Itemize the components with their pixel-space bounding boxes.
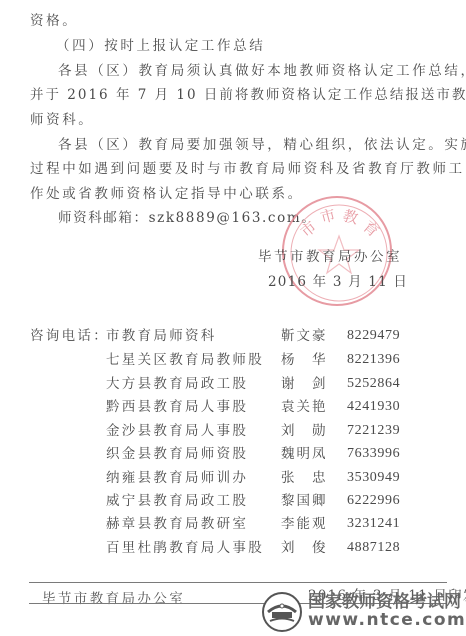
footer-office: 毕节市教育局办公室 [42, 590, 185, 608]
body-line-1: 资格。 [30, 12, 78, 30]
watermark-url: www.ntce.com [308, 610, 466, 630]
signature-office: 毕节市教育局办公室 [258, 248, 402, 266]
body-line-4: 并于 2016 年 7 月 10 日前将教师资格认定工作总结报送市教育局 [30, 86, 466, 104]
contact-name: 刘 俊 [281, 539, 328, 557]
contact-row: 威宁县教育局政工股 黎国卿 6222996 [0, 492, 466, 510]
contact-row: 大方县教育局政工股 谢 剑 5252864 [0, 375, 466, 393]
contact-row: 黔西县教育局人事股 袁关艳 4241930 [0, 398, 466, 416]
contact-dept: 市教育局师资科 [106, 327, 217, 345]
contact-phone: 5252864 [347, 375, 400, 393]
contact-name: 黎国卿 [281, 492, 328, 510]
signature-date: 2016 年 3 月 11 日 [268, 273, 408, 291]
contact-phone: 7633996 [347, 445, 400, 463]
contact-dept: 织金县教育局师资股 [106, 445, 248, 463]
contact-dept: 威宁县教育局政工股 [106, 492, 248, 510]
contact-phone: 3231241 [347, 515, 400, 533]
body-line-8: 作处或省教师资格认定指导中心联系。 [30, 185, 304, 203]
contact-phone: 6222996 [347, 492, 400, 510]
contact-name: 袁关艳 [281, 398, 328, 416]
section-heading: （四）按时上报认定工作总结 [56, 37, 265, 55]
email-line: 师资科邮箱：szk8889@163.com。 [58, 209, 316, 227]
contact-dept: 金沙县教育局人事股 [106, 422, 248, 440]
contact-name: 杨 华 [281, 351, 328, 369]
svg-text:育: 育 [359, 217, 382, 240]
body-line-3: 各县（区）教育局须认真做好本地教师资格认定工作总结， [58, 62, 466, 80]
body-line-6: 各县（区）教育局要加强领导，精心组织，依法认定。实施 [58, 136, 466, 154]
svg-text:教: 教 [341, 206, 360, 227]
contact-row: 赫章县教育局教研室 李能观 3231241 [0, 515, 466, 533]
body-line-7: 过程中如遇到问题要及时与市教育局师资科及省教育厅教师工 [30, 160, 465, 178]
contact-phone: 8221396 [347, 351, 400, 369]
body-line-5: 师资科。 [30, 111, 94, 129]
contact-row: 咨询电话： 市教育局师资科 靳文豪 8229479 [0, 327, 466, 345]
contact-phone: 8229479 [347, 327, 400, 345]
contact-dept: 纳雍县教育局师训办 [106, 469, 248, 487]
contact-name: 刘 勋 [281, 422, 328, 440]
contact-row: 织金县教育局师资股 魏明凤 7633996 [0, 445, 466, 463]
contact-dept: 赫章县教育局教研室 [106, 515, 248, 533]
contact-phone: 4241930 [347, 398, 400, 416]
contact-dept: 黔西县教育局人事股 [106, 398, 248, 416]
contact-name: 李能观 [281, 515, 328, 533]
contact-dept: 百里杜鹃教育局人事股 [106, 539, 264, 557]
contact-name: 谢 剑 [281, 375, 328, 393]
contact-phone: 7221239 [347, 422, 400, 440]
contact-dept: 七星关区教育局教师股 [106, 351, 264, 369]
svg-text:市: 市 [297, 218, 320, 241]
contact-row: 金沙县教育局人事股 刘 勋 7221239 [0, 422, 466, 440]
contact-label: 咨询电话： [30, 327, 109, 345]
watermark-title: 国家教师资格考试网 [308, 592, 461, 612]
contact-phone: 4887128 [347, 539, 400, 557]
contact-row: 纳雍县教育局师训办 张 忠 3530949 [0, 469, 466, 487]
ntce-logo-icon [262, 592, 302, 632]
contact-name: 靳文豪 [281, 327, 328, 345]
contact-phone: 3530949 [347, 469, 400, 487]
contact-row: 百里杜鹃教育局人事股 刘 俊 4887128 [0, 539, 466, 557]
contact-name: 张 忠 [281, 469, 328, 487]
contact-name: 魏明凤 [281, 445, 328, 463]
svg-text:市: 市 [318, 206, 337, 227]
contact-dept: 大方县教育局政工股 [106, 375, 248, 393]
footer-top-rule [29, 582, 447, 583]
site-watermark: 国家教师资格考试网 www.ntce.com [262, 590, 462, 634]
contact-row: 七星关区教育局教师股 杨 华 8221396 [0, 351, 466, 369]
